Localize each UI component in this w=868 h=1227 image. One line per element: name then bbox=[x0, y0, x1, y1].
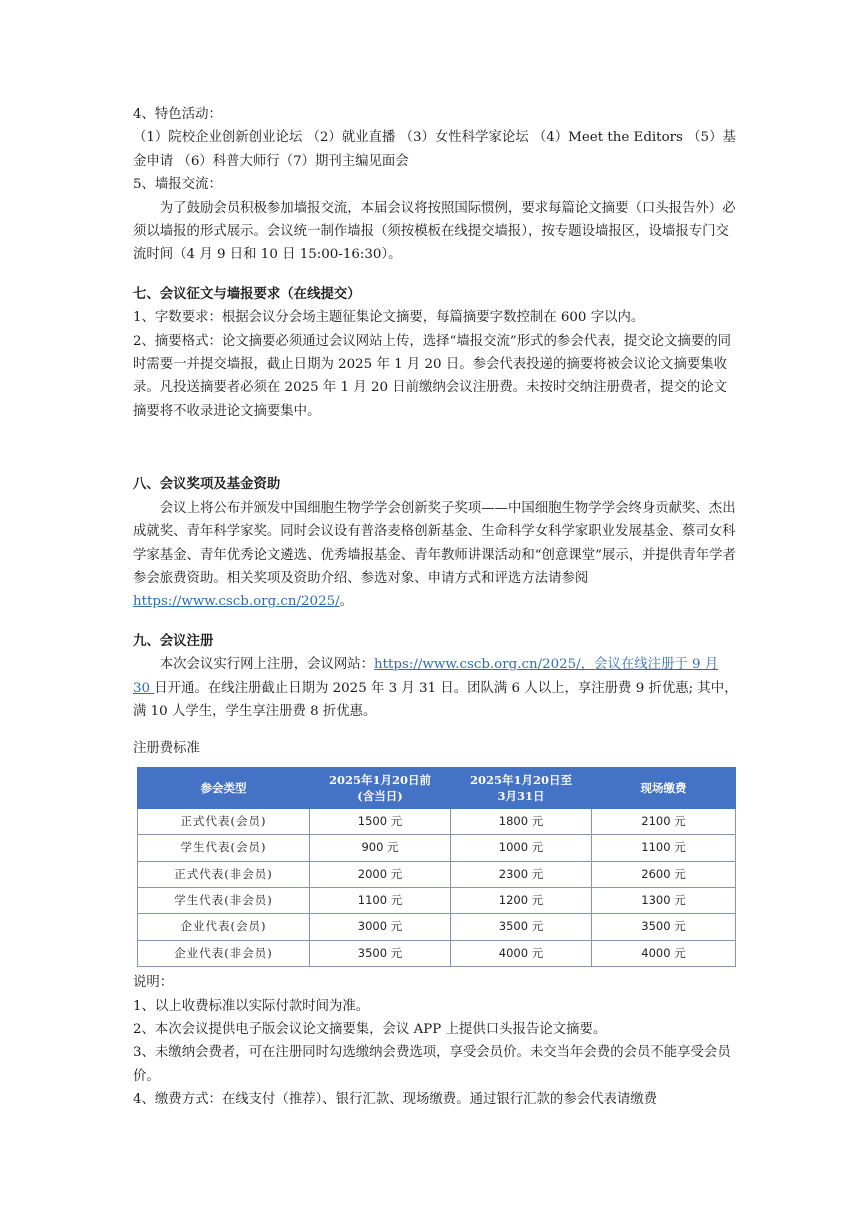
cell-onsite: 4000 元 bbox=[592, 940, 736, 966]
cell-early: 3000 元 bbox=[310, 914, 451, 940]
section7-title: 七、会议征文与墙报要求（在线提交） bbox=[133, 283, 739, 306]
cell-onsite: 1100 元 bbox=[592, 835, 736, 861]
cell-regular: 1800 元 bbox=[451, 808, 592, 834]
cell-regular: 1200 元 bbox=[451, 887, 592, 913]
cell-early: 2000 元 bbox=[310, 861, 451, 887]
cell-regular: 2300 元 bbox=[451, 861, 592, 887]
cell-type: 学生代表(非会员) bbox=[138, 887, 310, 913]
cell-early: 900 元 bbox=[310, 835, 451, 861]
cell-onsite: 2600 元 bbox=[592, 861, 736, 887]
section8-title: 八、会议奖项及基金资助 bbox=[133, 473, 739, 496]
cell-regular: 3500 元 bbox=[451, 914, 592, 940]
cell-onsite: 1300 元 bbox=[592, 887, 736, 913]
activities-list: （1）院校企业创新创业论坛 （2）就业直播 （3）女性科学家论坛 （4）Meet… bbox=[133, 126, 739, 173]
activities-heading: 4、特色活动： bbox=[133, 103, 739, 126]
table-row: 企业代表(会员) 3000 元 3500 元 3500 元 bbox=[138, 914, 736, 940]
section7-item2: 2、摘要格式：论文摘要必须通过会议网站上传，选择“墙报交流”形式的参会代表，提交… bbox=[133, 330, 739, 424]
cell-early: 3500 元 bbox=[310, 940, 451, 966]
fee-table: 参会类型 2025年1月20日前 (含当日) 2025年1月20日至 3月31日… bbox=[137, 767, 736, 967]
cell-regular: 1000 元 bbox=[451, 835, 592, 861]
section9-body: 本次会议实行网上注册，会议网站：https://www.cscb.org.cn/… bbox=[133, 653, 739, 723]
section9-suffix: 日开通。在线注册截止日期为 2025 年 3 月 31 日。团队满 6 人以上，… bbox=[133, 681, 738, 719]
section9-title: 九、会议注册 bbox=[133, 630, 739, 653]
cell-early: 1500 元 bbox=[310, 808, 451, 834]
cell-regular: 4000 元 bbox=[451, 940, 592, 966]
note-item-2: 2、本次会议提供电子版会议论文摘要集，会议 APP 上提供口头报告论文摘要。 bbox=[133, 1018, 739, 1041]
cell-type: 正式代表(会员) bbox=[138, 808, 310, 834]
poster-heading: 5、墙报交流： bbox=[133, 173, 739, 196]
table-row: 学生代表(会员) 900 元 1000 元 1100 元 bbox=[138, 835, 736, 861]
note-item-4: 4、缴费方式：在线支付（推荐）、银行汇款、现场缴费。通过银行汇款的参会代表请缴费 bbox=[133, 1088, 739, 1111]
notes-heading: 说明： bbox=[133, 971, 739, 994]
header-type: 参会类型 bbox=[138, 767, 310, 808]
note-item-1: 1、以上收费标准以实际付款时间为准。 bbox=[133, 995, 739, 1018]
section9-prefix: 本次会议实行网上注册，会议网站： bbox=[160, 657, 374, 672]
table-row: 正式代表(非会员) 2000 元 2300 元 2600 元 bbox=[138, 861, 736, 887]
cell-onsite: 2100 元 bbox=[592, 808, 736, 834]
cell-type: 企业代表(会员) bbox=[138, 914, 310, 940]
section8-tail: 。 bbox=[340, 594, 353, 609]
fee-table-caption: 注册费标准 bbox=[133, 737, 739, 760]
poster-body: 为了鼓励会员积极参加墙报交流，本届会议将按照国际惯例，要求每篇论文摘要（口头报告… bbox=[133, 197, 739, 267]
header-early: 2025年1月20日前 (含当日) bbox=[310, 767, 451, 808]
table-row: 学生代表(非会员) 1100 元 1200 元 1300 元 bbox=[138, 887, 736, 913]
cell-early: 1100 元 bbox=[310, 887, 451, 913]
section8-text: 会议上将公布并颁发中国细胞生物学学会创新奖子奖项——中国细胞生物学学会终身贡献奖… bbox=[133, 501, 736, 586]
cell-type: 企业代表(非会员) bbox=[138, 940, 310, 966]
cell-type: 正式代表(非会员) bbox=[138, 861, 310, 887]
cell-onsite: 3500 元 bbox=[592, 914, 736, 940]
note-item-3: 3、未缴纳会费者，可在注册同时勾选缴纳会费选项，享受会员价。未交当年会费的会员不… bbox=[133, 1041, 739, 1088]
table-row: 企业代表(非会员) 3500 元 4000 元 4000 元 bbox=[138, 940, 736, 966]
fee-table-header: 参会类型 2025年1月20日前 (含当日) 2025年1月20日至 3月31日… bbox=[138, 767, 736, 808]
table-row: 正式代表(会员) 1500 元 1800 元 2100 元 bbox=[138, 808, 736, 834]
header-regular: 2025年1月20日至 3月31日 bbox=[451, 767, 592, 808]
document-page: 4、特色活动： （1）院校企业创新创业论坛 （2）就业直播 （3）女性科学家论坛… bbox=[133, 103, 739, 1112]
header-onsite: 现场缴费 bbox=[592, 767, 736, 808]
awards-link[interactable]: https://www.cscb.org.cn/2025/ bbox=[133, 594, 340, 609]
section8-body: 会议上将公布并颁发中国细胞生物学学会创新奖子奖项——中国细胞生物学学会终身贡献奖… bbox=[133, 497, 739, 614]
cell-type: 学生代表(会员) bbox=[138, 835, 310, 861]
section7-item1: 1、字数要求：根据会议分会场主题征集论文摘要，每篇摘要字数控制在 600 字以内… bbox=[133, 306, 739, 329]
